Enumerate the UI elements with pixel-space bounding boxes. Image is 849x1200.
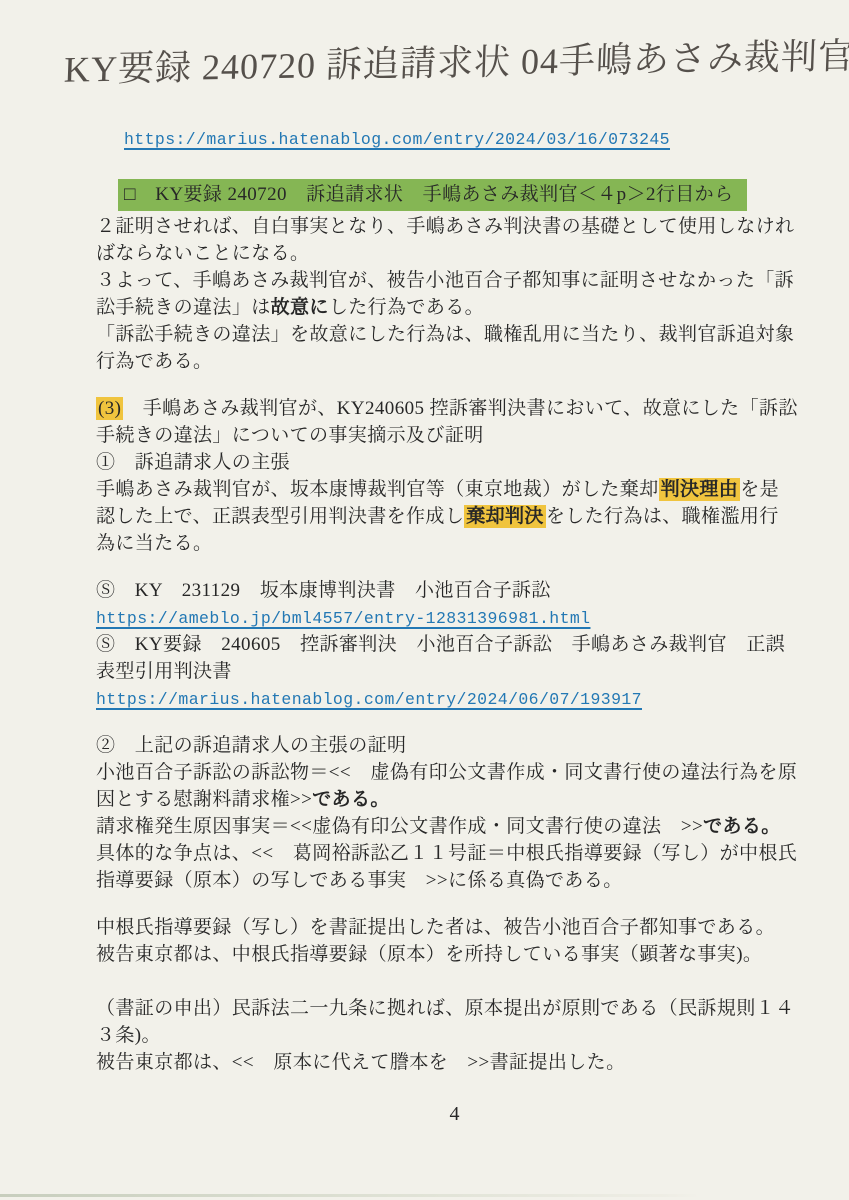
text-run: ３条)。: [96, 1025, 161, 1046]
text-line: ２証明させれば、自白事実となり、手嶋あさみ判決書の基礎として使用しなけれ: [96, 213, 780, 240]
blank-line: [96, 894, 780, 914]
text-run: 請求権発生原因事実＝<<虚偽有印公文書作成・同文書行使の違法 >>: [96, 816, 703, 837]
text-line: ３よって、手嶋あさみ裁判官が、被告小池百合子都知事に証明させなかった「訴: [96, 267, 780, 294]
blank-line: [96, 968, 780, 995]
text-run: Ⓢ KY要録 240605 控訴審判決 小池百合子訴訟 手嶋あさみ裁判官 正誤: [96, 634, 785, 655]
text-run: 行為である。: [96, 351, 212, 372]
text-run: 被告東京都は、<< 原本に代えて謄本を >>書証提出した。: [96, 1052, 625, 1073]
blank-line: [96, 557, 780, 577]
text-run: ① 訴追請求人の主張: [96, 452, 290, 473]
green-highlighted-heading: □ KY要録 240720 訴追請求状 手嶋あさみ裁判官＜４p＞2行目から: [118, 179, 747, 211]
text-run: である。: [703, 816, 781, 837]
text-run: 「訴訟手続きの違法」を故意にした行為は、職権乱用に当たり、裁判官訴追対象: [96, 324, 794, 345]
text-run: ばならないことになる。: [96, 243, 309, 264]
blank-line: [96, 152, 780, 179]
link-line: https://marius.hatenablog.com/entry/2024…: [96, 685, 780, 712]
text-line: 手嶋あさみ裁判官が、坂本康博裁判官等（東京地裁）がした棄却判決理由を是: [96, 476, 780, 503]
hyperlink[interactable]: https://ameblo.jp/bml4557/entry-12831396…: [96, 609, 590, 628]
text-line: 訟手続きの違法」は故意にした行為である。: [96, 294, 780, 321]
link-line: https://marius.hatenablog.com/entry/2024…: [96, 125, 780, 152]
blank-line: [96, 375, 780, 395]
text-line: （書証の申出）民訴法二一九条に拠れば、原本提出が原則である（民訴規則１４: [96, 995, 780, 1022]
text-run: した行為である。: [329, 297, 484, 318]
text-line: 因とする慰謝料請求権>>である。: [96, 786, 780, 813]
text-run: 手嶋あさみ裁判官が、KY240605 控訴審判決書において、故意にした「訴訟: [123, 398, 797, 419]
text-line: 認した上で、正誤表型引用判決書を作成し棄却判決をした行為は、職権濫用行: [96, 503, 780, 530]
text-run: 指導要録（原本）の写しである事実 >>に係る真偽である。: [96, 870, 623, 891]
text-run: ２証明させれば、自白事実となり、手嶋あさみ判決書の基礎として使用しなけれ: [96, 216, 794, 237]
text-line: 表型引用判決書: [96, 658, 780, 685]
text-line: 請求権発生原因事実＝<<虚偽有印公文書作成・同文書行使の違法 >>である。: [96, 813, 780, 840]
text-run: Ⓢ KY 231129 坂本康博判決書 小池百合子訴訟: [96, 580, 551, 601]
highlighted-text: 棄却判決: [464, 505, 546, 528]
hyperlink[interactable]: https://marius.hatenablog.com/entry/2024…: [96, 690, 642, 709]
scanner-edge-artifact: [0, 1194, 700, 1197]
text-run: ② 上記の訴追請求人の主張の証明: [96, 735, 406, 756]
text-run: 表型引用判決書: [96, 661, 232, 682]
highlighted-text: (3): [96, 397, 123, 420]
text-run: ３よって、手嶋あさみ裁判官が、被告小池百合子都知事に証明させなかった「訴: [96, 270, 794, 291]
text-line: 被告東京都は、<< 原本に代えて謄本を >>書証提出した。: [96, 1049, 780, 1076]
text-line: Ⓢ KY要録 240605 控訴審判決 小池百合子訴訟 手嶋あさみ裁判官 正誤: [96, 631, 780, 658]
hyperlink[interactable]: https://marius.hatenablog.com/entry/2024…: [124, 130, 670, 149]
blank-line: [96, 712, 780, 732]
highlighted-text: 判決理由: [659, 478, 741, 501]
text-line: ② 上記の訴追請求人の主張の証明: [96, 732, 780, 759]
text-run: を是: [740, 479, 779, 500]
link-line: https://ameblo.jp/bml4557/entry-12831396…: [96, 604, 780, 631]
text-line: ① 訴追請求人の主張: [96, 449, 780, 476]
text-line: 具体的な争点は、<< 葛岡裕訴訟乙１１号証＝中根氏指導要録（写し）が中根氏: [96, 840, 780, 867]
text-line: 行為である。: [96, 348, 780, 375]
text-line: 被告東京都は、中根氏指導要録（原本）を所持している事実（顕著な事実)。: [96, 941, 780, 968]
text-run: 認した上で、正誤表型引用判決書を作成し: [96, 506, 464, 527]
text-run: 被告東京都は、中根氏指導要録（原本）を所持している事実（顕著な事実)。: [96, 944, 762, 965]
text-run: 具体的な争点は、<< 葛岡裕訴訟乙１１号証＝中根氏指導要録（写し）が中根氏: [96, 843, 797, 864]
text-run: 中根氏指導要録（写し）を書証提出した者は、被告小池百合子都知事である。: [96, 917, 775, 938]
text-run: 故意に: [271, 297, 329, 318]
text-run: 訟手続きの違法」は: [96, 297, 271, 318]
text-line: 指導要録（原本）の写しである事実 >>に係る真偽である。: [96, 867, 780, 894]
text-run: をした行為は、職権濫用行: [546, 506, 779, 527]
page-number: 4: [0, 1103, 849, 1126]
text-line: ３条)。: [96, 1022, 780, 1049]
text-run: 為に当たる。: [96, 533, 212, 554]
document-body: https://marius.hatenablog.com/entry/2024…: [96, 125, 780, 1076]
handwritten-title: KY要録 240720 訴追請求状 04手嶋あさみ裁判官 田村憲久議員: [63, 37, 834, 90]
text-run: 小池百合子訴訟の訴訟物＝<< 虚偽有印公文書作成・同文書行使の違法行為を原: [96, 762, 797, 783]
text-line: 中根氏指導要録（写し）を書証提出した者は、被告小池百合子都知事である。: [96, 914, 780, 941]
text-line: 為に当たる。: [96, 530, 780, 557]
text-run: 手嶋あさみ裁判官が、坂本康博裁判官等（東京地裁）がした棄却: [96, 479, 659, 500]
text-line: 手続きの違法」についての事実摘示及び証明: [96, 422, 780, 449]
section-heading: □ KY要録 240720 訴追請求状 手嶋あさみ裁判官＜４p＞2行目から: [96, 179, 780, 212]
text-run: 手続きの違法」についての事実摘示及び証明: [96, 425, 484, 446]
text-line: (3) 手嶋あさみ裁判官が、KY240605 控訴審判決書において、故意にした「…: [96, 395, 780, 422]
text-line: 「訴訟手続きの違法」を故意にした行為は、職権乱用に当たり、裁判官訴追対象: [96, 321, 780, 348]
text-run: （書証の申出）民訴法二一九条に拠れば、原本提出が原則である（民訴規則１４: [96, 998, 794, 1019]
text-line: Ⓢ KY 231129 坂本康博判決書 小池百合子訴訟: [96, 577, 780, 604]
text-line: ばならないことになる。: [96, 240, 780, 267]
text-run: である。: [312, 789, 390, 810]
text-line: 小池百合子訴訟の訴訟物＝<< 虚偽有印公文書作成・同文書行使の違法行為を原: [96, 759, 780, 786]
text-run: 因とする慰謝料請求権>>: [96, 789, 312, 810]
scanned-document-page: KY要録 240720 訴追請求状 04手嶋あさみ裁判官 田村憲久議員 http…: [0, 0, 849, 1200]
